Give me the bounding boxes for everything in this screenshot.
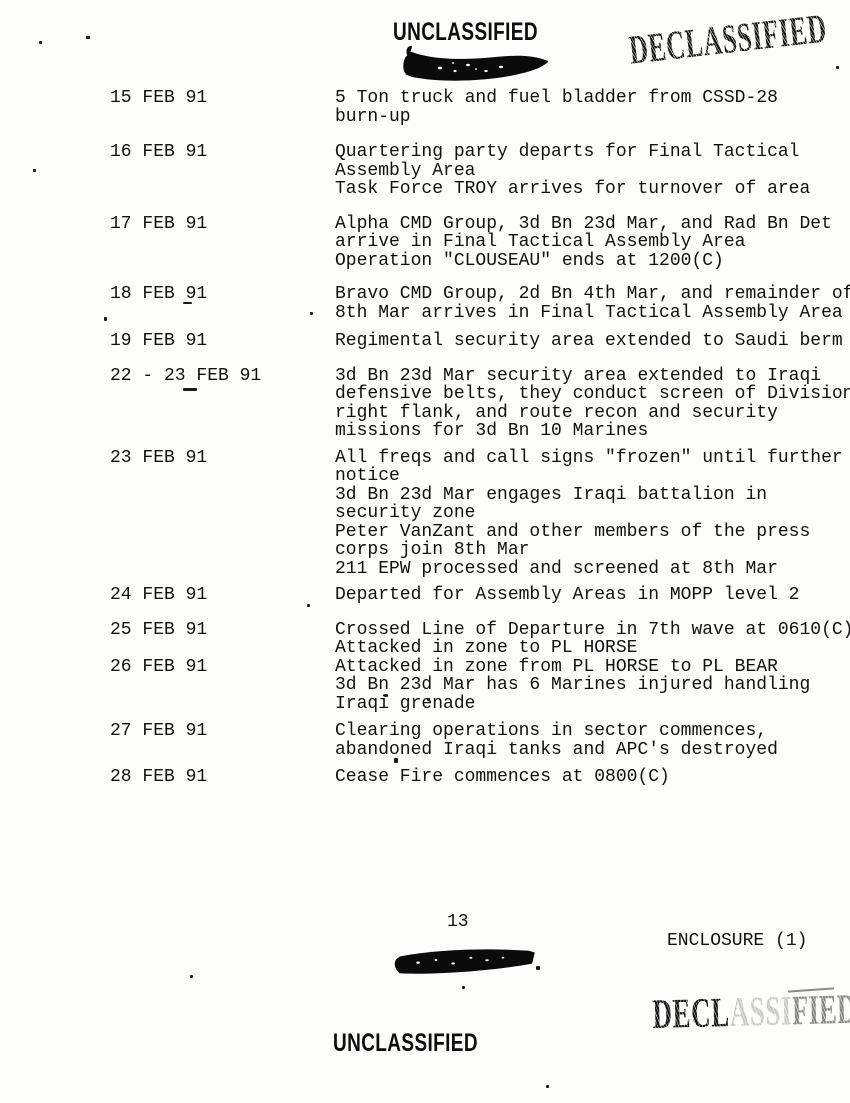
- entry-date: 17 FEB 91: [110, 215, 335, 234]
- scanned-document-page: UNCLASSIFIED DECLASSIFIED 15 FEB 915 Ton…: [0, 0, 850, 1103]
- entry-line: Cease Fire commences at 0800(C): [335, 768, 830, 787]
- entry-line: 8th Mar arrives in Final Tactical Assemb…: [335, 304, 850, 323]
- scan-speck: [39, 41, 42, 44]
- entry-description: Cease Fire commences at 0800(C): [335, 768, 830, 787]
- redaction-mark-bottom: [391, 944, 540, 976]
- scan-speck: [183, 302, 192, 304]
- chronology-entry: 19 FEB 91Regimental security area extend…: [110, 332, 830, 351]
- scan-speck: [427, 698, 430, 701]
- entry-description: Attacked in zone from PL HORSE to PL BEA…: [335, 658, 830, 714]
- entry-line: missions for 3d Bn 10 Marines: [335, 422, 850, 441]
- chronology-entry: 23 FEB 91All freqs and call signs "froze…: [110, 449, 830, 579]
- scan-speck: [307, 604, 310, 607]
- header-classification: UNCLASSIFIED: [393, 20, 538, 45]
- declassified-stamp-bottom: DECLASSIFIED: [652, 989, 850, 1036]
- redaction-mark-top: [398, 45, 550, 83]
- scan-speck: [536, 966, 540, 970]
- entry-line: Operation "CLOUSEAU" ends at 1200(C): [335, 252, 832, 271]
- footer-classification: UNCLASSIFIED: [333, 1031, 478, 1056]
- entry-line: burn-up: [335, 108, 830, 127]
- entry-date: 22 - 23 FEB 91: [110, 367, 335, 386]
- entry-description: 5 Ton truck and fuel bladder from CSSD-2…: [335, 89, 830, 126]
- stamp-bottom-tail: FIED: [791, 987, 850, 1035]
- declassified-stamp-top: DECLASSIFIED: [627, 8, 829, 71]
- entry-date: 15 FEB 91: [110, 89, 335, 108]
- enclosure-label: ENCLOSURE (1): [667, 931, 807, 951]
- entry-description: Regimental security area extended to Sau…: [335, 332, 843, 351]
- chronology-entry: 28 FEB 91Cease Fire commences at 0800(C): [110, 768, 830, 787]
- entry-date: 19 FEB 91: [110, 332, 335, 351]
- entry-line: defensive belts, they conduct screen of …: [335, 385, 850, 404]
- entry-line: Bravo CMD Group, 2d Bn 4th Mar, and rema…: [335, 285, 850, 304]
- entry-line: Attacked in zone to PL HORSE: [335, 639, 850, 658]
- scan-speck: [310, 312, 313, 315]
- entry-line: 211 EPW processed and screened at 8th Ma…: [335, 560, 843, 579]
- entry-line: Regimental security area extended to Sau…: [335, 332, 843, 351]
- stamp-bottom-strong: DECL: [652, 990, 730, 1038]
- entry-line: corps join 8th Mar: [335, 541, 843, 560]
- entry-line: Iraqi grenade: [335, 695, 830, 714]
- entry-description: Bravo CMD Group, 2d Bn 4th Mar, and rema…: [335, 285, 850, 322]
- entry-date: 26 FEB 91: [110, 658, 335, 677]
- entry-date: 16 FEB 91: [110, 143, 335, 162]
- chronology-entry: 16 FEB 91Quartering party departs for Fi…: [110, 143, 830, 199]
- scan-speck: [104, 317, 107, 321]
- scan-speck: [462, 986, 465, 989]
- entry-line: 5 Ton truck and fuel bladder from CSSD-2…: [335, 89, 830, 108]
- stamp-bottom-faint: ASSI: [729, 988, 793, 1036]
- scan-speck: [190, 975, 193, 978]
- entry-description: Alpha CMD Group, 3d Bn 23d Mar, and Rad …: [335, 215, 832, 271]
- scan-speck: [384, 694, 388, 697]
- entry-date: 27 FEB 91: [110, 722, 335, 741]
- entry-line: notice: [335, 467, 843, 486]
- entry-line: Peter VanZant and other members of the p…: [335, 523, 843, 542]
- entry-description: All freqs and call signs "frozen" until …: [335, 449, 843, 579]
- chronology-entry: 25 FEB 91Crossed Line of Departure in 7t…: [110, 621, 830, 658]
- scan-speck: [394, 758, 398, 763]
- entry-date: 28 FEB 91: [110, 768, 335, 787]
- entry-date: 24 FEB 91: [110, 586, 335, 605]
- entry-date: 25 FEB 91: [110, 621, 335, 640]
- entry-description: Quartering party departs for Final Tacti…: [335, 143, 830, 199]
- entry-line: Crossed Line of Departure in 7th wave at…: [335, 621, 850, 640]
- entry-line: 3d Bn 23d Mar has 6 Marines injured hand…: [335, 676, 830, 695]
- chronology-entry: 22 - 23 FEB 913d Bn 23d Mar security are…: [110, 367, 830, 441]
- entry-line: Attacked in zone from PL HORSE to PL BEA…: [335, 658, 830, 677]
- chronology-entry: 24 FEB 91Departed for Assembly Areas in …: [110, 586, 830, 605]
- entry-line: Quartering party departs for Final Tacti…: [335, 143, 830, 162]
- chronology-entry: 17 FEB 91Alpha CMD Group, 3d Bn 23d Mar,…: [110, 215, 830, 271]
- entry-description: 3d Bn 23d Mar security area extended to …: [335, 367, 850, 441]
- chronology-entry: 27 FEB 91Clearing operations in sector c…: [110, 722, 830, 759]
- entry-line: 3d Bn 23d Mar security area extended to …: [335, 367, 850, 386]
- entry-line: arrive in Final Tactical Assembly Area: [335, 233, 832, 252]
- scan-speck: [33, 169, 36, 172]
- page-number: 13: [447, 912, 469, 932]
- entry-description: Departed for Assembly Areas in MOPP leve…: [335, 586, 830, 605]
- scan-speck: [546, 1085, 549, 1088]
- chronology-entry: 26 FEB 91Attacked in zone from PL HORSE …: [110, 658, 830, 714]
- entry-line: Task Force TROY arrives for turnover of …: [335, 180, 830, 199]
- entry-line: Departed for Assembly Areas in MOPP leve…: [335, 586, 830, 605]
- scan-speck: [836, 66, 839, 69]
- entry-line: Assembly Area: [335, 162, 830, 181]
- entry-line: right flank, and route recon and securit…: [335, 404, 850, 423]
- chronology-entry: 18 FEB 91Bravo CMD Group, 2d Bn 4th Mar,…: [110, 285, 830, 322]
- entry-line: security zone: [335, 504, 843, 523]
- entry-date: 18 FEB 91: [110, 285, 335, 304]
- entry-line: All freqs and call signs "frozen" until …: [335, 449, 843, 468]
- entry-description: Clearing operations in sector commences,…: [335, 722, 830, 759]
- chronology-list: 15 FEB 915 Ton truck and fuel bladder fr…: [110, 89, 830, 787]
- scan-speck: [86, 36, 90, 39]
- entry-line: 3d Bn 23d Mar engages Iraqi battalion in: [335, 486, 843, 505]
- entry-line: Alpha CMD Group, 3d Bn 23d Mar, and Rad …: [335, 215, 832, 234]
- scan-speck: [183, 388, 197, 391]
- entry-date: 23 FEB 91: [110, 449, 335, 468]
- entry-description: Crossed Line of Departure in 7th wave at…: [335, 621, 850, 658]
- entry-line: abandoned Iraqi tanks and APC's destroye…: [335, 741, 830, 760]
- entry-line: Clearing operations in sector commences,: [335, 722, 830, 741]
- chronology-entry: 15 FEB 915 Ton truck and fuel bladder fr…: [110, 89, 830, 126]
